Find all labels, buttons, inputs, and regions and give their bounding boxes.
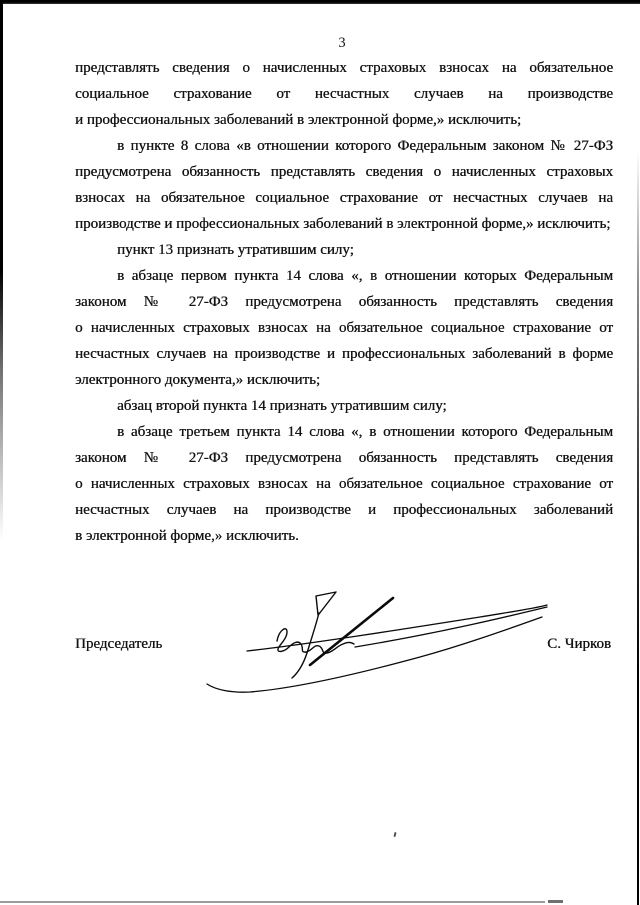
signature-scribble: [180, 578, 580, 708]
scan-edge-left: [0, 0, 3, 540]
scan-edge-right: [637, 150, 639, 905]
scan-edge-top: [0, 0, 640, 4]
paragraph: представлять сведения о начисленных стра…: [75, 55, 613, 133]
signature-role-label: Председатель: [75, 634, 162, 654]
paragraph: в пункте 8 слова «в отношении которого Ф…: [75, 133, 613, 237]
scan-edge-bottom: [0, 901, 545, 903]
scan-speck: [393, 832, 396, 837]
paragraph: в абзаце первом пункта 14 слова «, в отн…: [75, 263, 613, 393]
paragraph: в абзаце третьем пункта 14 слова «, в от…: [75, 419, 613, 549]
scanned-document-page: 3 представлять сведения о начисленных ст…: [0, 0, 640, 905]
page-number: 3: [44, 36, 640, 50]
document-body: представлять сведения о начисленных стра…: [75, 55, 613, 549]
paragraph: абзац второй пункта 14 признать утративш…: [75, 393, 613, 419]
scan-edge-bottom-nub: [548, 900, 563, 903]
paragraph: пункт 13 признать утратившим силу;: [75, 237, 613, 263]
signature-name: С. Чирков: [547, 634, 611, 654]
